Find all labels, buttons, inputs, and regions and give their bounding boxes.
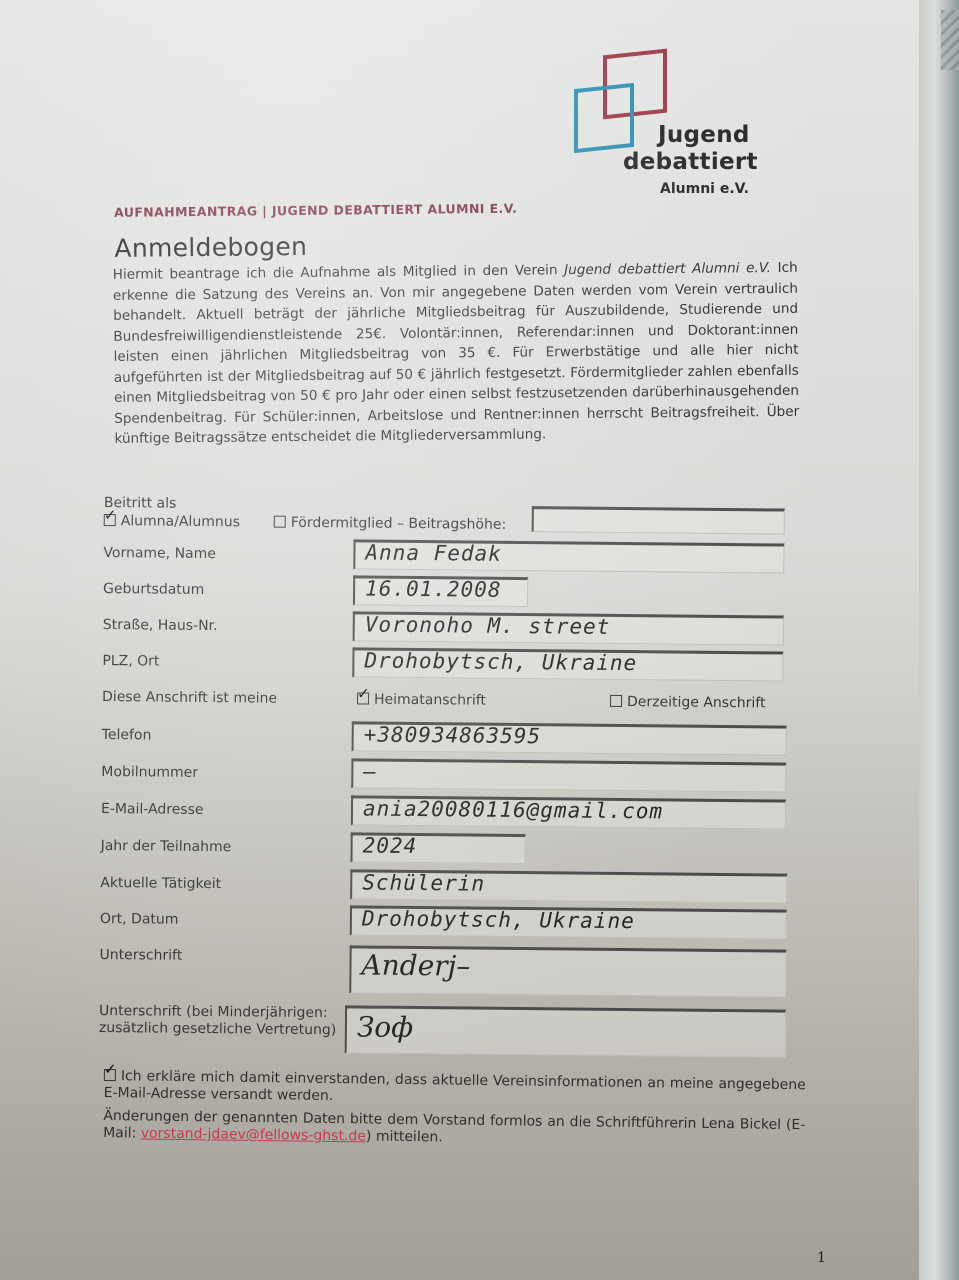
address-type-row: Diese Anschrift ist meine Heimatanschrif… xyxy=(102,689,802,696)
paper-edge xyxy=(919,0,959,1280)
address-current-option[interactable]: Derzeitige Anschrift xyxy=(610,694,766,711)
alumni-label: Alumna/Alumnus xyxy=(121,513,240,530)
changes-notice: Änderungen der genannten Daten bitte dem… xyxy=(103,1108,805,1151)
supporter-label: Fördermitglied – Beitragshöhe: xyxy=(291,515,507,533)
intro-rest: Ich erkenne die Satzung des Vereins an. … xyxy=(113,260,799,447)
year-field[interactable]: 2024 xyxy=(350,832,525,864)
membership-option-supporter[interactable]: Fördermitglied – Beitragshöhe: xyxy=(274,515,507,533)
checkbox-consent[interactable] xyxy=(104,1069,116,1081)
guardian-signature-value: Зоф xyxy=(357,1010,414,1044)
logo-text-line3: Alumni e.V. xyxy=(660,181,749,197)
footer-section: Ich erkläre mich damit einverstanden, da… xyxy=(103,1068,806,1157)
page-title: Anmeldebogen xyxy=(114,227,804,263)
current-address-label: Derzeitige Anschrift xyxy=(627,694,766,711)
organization-logo: Jugend debattiert Alumni e.V. xyxy=(568,48,758,208)
phone-field[interactable]: +380934863595 xyxy=(352,721,787,755)
checkbox-current-address[interactable] xyxy=(610,695,622,707)
place-date-label: Ort, Datum xyxy=(100,911,179,928)
page-number: 1 xyxy=(817,1250,826,1266)
address-type-label: Diese Anschrift ist meine xyxy=(102,689,277,707)
signature-field[interactable]: Anderj– xyxy=(349,945,786,997)
intro-paragraph: Hiermit beantrage ich die Aufnahme als M… xyxy=(113,258,800,450)
intro-prefix: Hiermit beantrage ich die Aufnahme als M… xyxy=(113,262,565,283)
city-label: PLZ, Ort xyxy=(102,653,159,670)
occupation-value: Schülerin xyxy=(362,870,485,895)
street-label: Straße, Haus-Nr. xyxy=(103,617,218,634)
consent-text: Ich erkläre mich damit einverstanden, da… xyxy=(104,1068,806,1104)
document-header: AUFNAHMEANTRAG | JUGEND DEBATTIERT ALUMN… xyxy=(104,198,807,450)
home-address-label: Heimatanschrift xyxy=(374,692,486,709)
name-label: Vorname, Name xyxy=(103,545,216,562)
birthdate-value: 16.01.2008 xyxy=(365,577,502,602)
occupation-field[interactable]: Schülerin xyxy=(350,869,787,903)
guardian-signature-label-1: Unterschrift (bei Minderjährigen: xyxy=(99,1003,328,1021)
mobile-field[interactable]: — xyxy=(351,758,786,792)
checkbox-supporter[interactable] xyxy=(274,516,286,528)
changes-suffix: ) mitteilen. xyxy=(366,1128,443,1145)
signature-label: Unterschrift xyxy=(100,947,183,964)
contact-email-link[interactable]: vorstand-jdaev@fellows-ghst.de xyxy=(141,1125,366,1144)
email-label: E-Mail-Adresse xyxy=(101,801,204,818)
form-kicker: AUFNAHMEANTRAG | JUGEND DEBATTIERT ALUMN… xyxy=(114,198,804,220)
address-home-option[interactable]: Heimatanschrift xyxy=(357,691,486,708)
consent-statement: Ich erkläre mich damit einverstanden, da… xyxy=(104,1068,806,1111)
registration-form: Beitritt als Alumna/Alumnus Fördermitgli… xyxy=(104,495,804,502)
phone-value: +380934863595 xyxy=(364,723,542,749)
phone-label: Telefon xyxy=(102,727,152,743)
place-date-field[interactable]: Drohobytsch, Ukraine xyxy=(350,905,787,939)
membership-option-alumni[interactable]: Alumna/Alumnus xyxy=(104,513,240,530)
contribution-field[interactable] xyxy=(532,506,785,534)
signature-value: Anderj– xyxy=(361,948,470,982)
year-label: Jahr der Teilnahme xyxy=(101,838,232,855)
birthdate-field[interactable]: 16.01.2008 xyxy=(353,575,528,607)
intro-org-name: Jugend debattiert Alumni e.V. xyxy=(564,260,771,278)
logo-text-line1: Jugend xyxy=(658,122,750,148)
street-value: Voronoho M. street xyxy=(365,613,611,639)
name-value: Anna Fedak xyxy=(365,541,502,566)
city-field[interactable]: Drohobytsch, Ukraine xyxy=(352,647,783,681)
checkbox-home-address[interactable] xyxy=(357,692,369,704)
year-value: 2024 xyxy=(363,833,418,858)
birthdate-label: Geburtsdatum xyxy=(103,581,204,598)
street-field[interactable]: Voronoho M. street xyxy=(353,611,784,645)
occupation-label: Aktuelle Tätigkeit xyxy=(100,875,221,892)
logo-blue-square-icon xyxy=(574,83,634,153)
logo-text-line2: debattiert xyxy=(623,149,758,175)
guardian-signature-label-2: zusätzlich gesetzliche Vertretung) xyxy=(99,1020,337,1038)
place-date-value: Drohobytsch, Ukraine xyxy=(362,906,635,933)
mobile-value: — xyxy=(363,760,377,784)
email-value: ania20080116@gmail.com xyxy=(363,797,663,824)
email-field[interactable]: ania20080116@gmail.com xyxy=(351,795,786,829)
checkbox-alumni[interactable] xyxy=(104,514,116,526)
city-value: Drohobytsch, Ukraine xyxy=(364,649,637,676)
name-field[interactable]: Anna Fedak xyxy=(353,539,784,573)
mobile-label: Mobilnummer xyxy=(101,764,198,781)
guardian-signature-field[interactable]: Зоф xyxy=(345,1005,786,1057)
